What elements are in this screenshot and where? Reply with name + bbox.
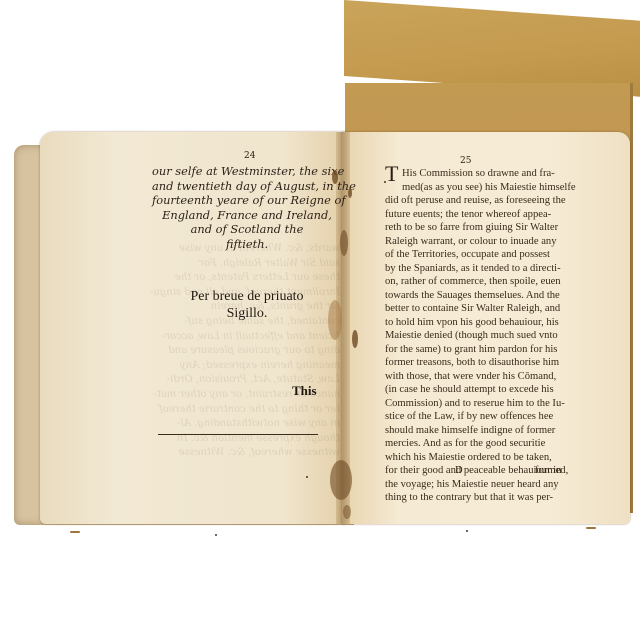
thread-mark — [586, 527, 596, 529]
text-line: and of Scotland the — [152, 222, 342, 237]
horizontal-rule — [158, 434, 318, 435]
ghost-line: witnesse whereof, &c. Witnesse — [150, 446, 340, 461]
text-line: England, France and Ireland, — [152, 208, 342, 223]
ink-stain — [340, 230, 348, 256]
text-line: better to containe Sir Walter Raleigh, a… — [385, 302, 585, 316]
ink-stain — [352, 330, 358, 348]
text-line: of the Territories, occupate and possest — [385, 248, 585, 262]
text-line: mercies. And as for the good securitie — [385, 437, 585, 451]
ghost-line: these our Letters Patents, or the — [150, 271, 340, 286]
ghost-line: ding to our gracious pleasure and — [150, 344, 340, 359]
ghost-line: said Sir Walter Raleigh. For — [150, 257, 340, 272]
thread-mark — [70, 531, 80, 533]
signature-mark: D — [455, 465, 463, 476]
ghost-line: ter or thing to the contrarie thereof — [150, 403, 340, 418]
text-line: on, rather of commerce, then spoile, eue… — [385, 275, 585, 289]
text-line: the voyage; his Maiestie neuer heard any — [385, 478, 585, 492]
margin-dot — [384, 181, 386, 183]
text-line: future euents; the tenor whereof appea- — [385, 208, 585, 222]
text-line: which his Maiestie ordered to be taken, — [385, 451, 585, 465]
margin-dot — [306, 476, 308, 478]
margin-dot — [215, 534, 217, 536]
left-catchword: This — [292, 383, 317, 399]
text-line: by the Spaniards, as it tended to a dire… — [385, 262, 585, 276]
right-catchword: formed, — [535, 465, 568, 476]
text-line: former treasons, both to disauthorise hi… — [385, 356, 585, 370]
right-page-number: 25 — [460, 156, 471, 166]
text-line: towards the Sauages themselues. And the — [385, 289, 585, 303]
text-line: to hold him vpon his good behauiour, his — [385, 316, 585, 330]
text-line: for the same) to grant him pardon for hi… — [385, 343, 585, 357]
ink-stain — [328, 300, 342, 340]
ghost-line: meaning herein expressed; Any — [150, 359, 340, 374]
left-page-number: 24 — [244, 151, 255, 161]
text-line: Raleigh warrant, or colour to inuade any — [385, 235, 585, 249]
text-line: and twentieth day of August, in the — [152, 179, 342, 194]
ink-stain — [332, 170, 338, 184]
ghost-line: ficient and effectuall in Law, accor- — [150, 330, 340, 345]
margin-dot — [466, 530, 468, 532]
text-line: (in case he should attempt to excede his — [385, 383, 585, 397]
ink-stain — [348, 188, 352, 198]
text-line: our selfe at Westminster, the sixe — [152, 164, 342, 179]
text-line: should make himselfe indigne of former — [385, 424, 585, 438]
text-line: stice of the Law, if by new offences hee — [385, 410, 585, 424]
left-page-body: our selfe at Westminster, the sixe and t… — [152, 164, 342, 252]
text-line: did oft peruse and reuise, as foreseeing… — [385, 194, 585, 208]
text-line: fourteenth yeare of our Reigne of — [152, 193, 342, 208]
text-line: Commission) and to reserue him to the Iu… — [385, 397, 585, 411]
privy-seal-line: Per breue de priuato — [152, 288, 342, 305]
privy-seal-heading: Per breue de priuato Sigillo. — [152, 288, 342, 322]
text-line: His Commission so drawne and fra- — [385, 167, 585, 181]
text-line: reth to be so farre from giuing Sir Walt… — [385, 221, 585, 235]
text-line: med(as as you see) his Maiestie himselfe — [385, 181, 585, 195]
ink-stain — [343, 505, 351, 519]
text-line: thing to the contrary but that it was pe… — [385, 491, 585, 505]
show-through-text: wards, &c. Wherein in any wise said Sir … — [150, 242, 340, 461]
privy-seal-line: Sigillo. — [152, 305, 342, 322]
text-line: with those, that were vnder his Cōmand, — [385, 370, 585, 384]
text-line: fiftieth. — [152, 237, 342, 252]
ink-stain — [330, 460, 352, 500]
text-line: Maiestie denied (though much sued vnto — [385, 329, 585, 343]
right-page-body: His Commission so drawne and fra- med(as… — [385, 167, 585, 505]
ghost-line: in any wise notwithstanding. Al- — [150, 417, 340, 432]
